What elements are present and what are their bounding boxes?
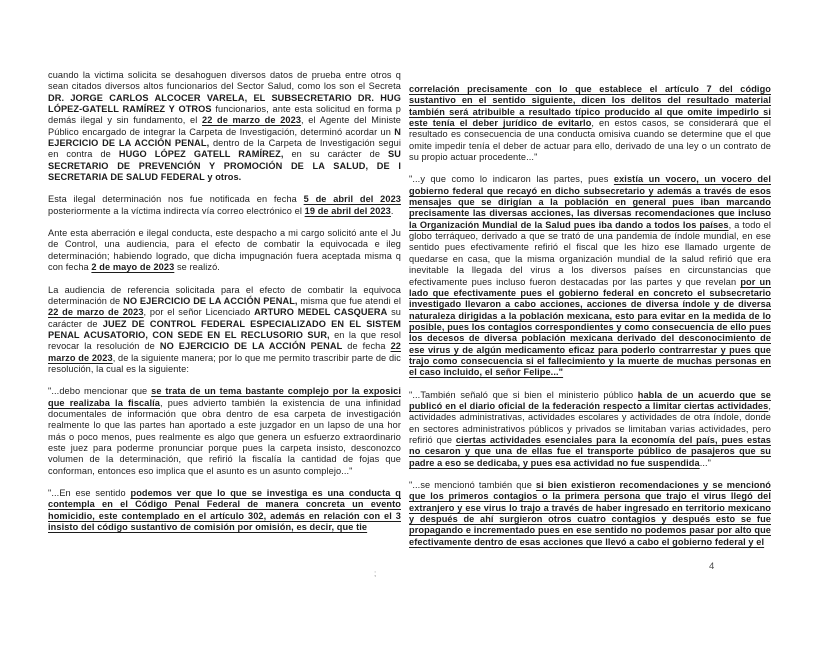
- text-run: .: [391, 206, 394, 216]
- right-text-column: correlación precisamente con lo que esta…: [409, 84, 771, 548]
- text-run: misma que fue atendi el: [298, 296, 401, 306]
- stray-scan-mark: ;: [374, 569, 376, 578]
- text-run: "...debo mencionar que: [48, 386, 151, 396]
- text-run: 2 de mayo de 2023: [91, 262, 174, 272]
- text-run: ARTURO MEDEL CASQUERA: [254, 307, 387, 317]
- text-run: se realizó.: [174, 262, 220, 272]
- paragraph: Ante esta aberración e ilegal conducta, …: [48, 228, 401, 273]
- text-run: si bien existieron recomendaciones y se …: [409, 480, 771, 547]
- text-run: HUGO LÓPEZ GATELL RAMÍREZ,: [119, 149, 284, 159]
- text-run: , por el señor Licenciado: [144, 307, 255, 317]
- left-text-column: cuando la victima solicita se desahoguen…: [48, 70, 401, 533]
- paragraph: La audiencia de referencia solicitada pa…: [48, 285, 401, 376]
- text-run: de fecha: [342, 341, 390, 351]
- page-number: 4: [709, 561, 714, 572]
- text-run: "...También señaló que si bien el minist…: [409, 390, 638, 400]
- text-run: cuando la victima solicita se desahoguen…: [48, 70, 401, 91]
- text-run: ...": [700, 458, 711, 468]
- text-run: NO EJERCICIO DE LA ACCIÓN PENAL: [160, 341, 342, 351]
- text-run: posteriormente a la víctima indirecta ví…: [48, 206, 305, 216]
- paragraph: "...También señaló que si bien el minist…: [409, 390, 771, 469]
- paragraph: "...se mencionó también que si bien exis…: [409, 480, 771, 548]
- text-run: por un lado que efectivamente pues el go…: [409, 277, 771, 378]
- text-run: 22 de marzo de 2023: [48, 307, 144, 317]
- text-run: "...En ese sentido: [48, 488, 131, 498]
- scanned-document-page: cuando la victima solicita se desahoguen…: [0, 0, 825, 660]
- text-run: 22 de marzo de 2023: [202, 115, 301, 125]
- text-run: NO EJERCICIO DE LA ACCIÓN PENAL,: [123, 296, 297, 306]
- text-run: en su carácter de: [284, 149, 389, 159]
- text-run: 5 de abril del 2023: [304, 194, 401, 204]
- text-run: "...se mencionó también que: [409, 480, 536, 490]
- paragraph: Esta ilegal determinación nos fue notifi…: [48, 194, 401, 217]
- text-run: ciertas actividades esenciales para la e…: [409, 435, 771, 468]
- text-run: "...y que como lo indicaron las partes, …: [409, 174, 614, 184]
- paragraph: "...debo mencionar que se trata de un te…: [48, 386, 401, 477]
- text-run: Esta ilegal determinación nos fue notifi…: [48, 194, 304, 204]
- paragraph: cuando la victima solicita se desahoguen…: [48, 70, 401, 183]
- paragraph: "...y que como lo indicaron las partes, …: [409, 174, 771, 378]
- text-run: , pues advierto también la existencia de…: [48, 398, 401, 476]
- paragraph: correlación precisamente con lo que esta…: [409, 84, 771, 163]
- paragraph: "...En ese sentido podemos ver que lo qu…: [48, 488, 401, 533]
- text-run: 19 de abril del 2023: [305, 206, 391, 216]
